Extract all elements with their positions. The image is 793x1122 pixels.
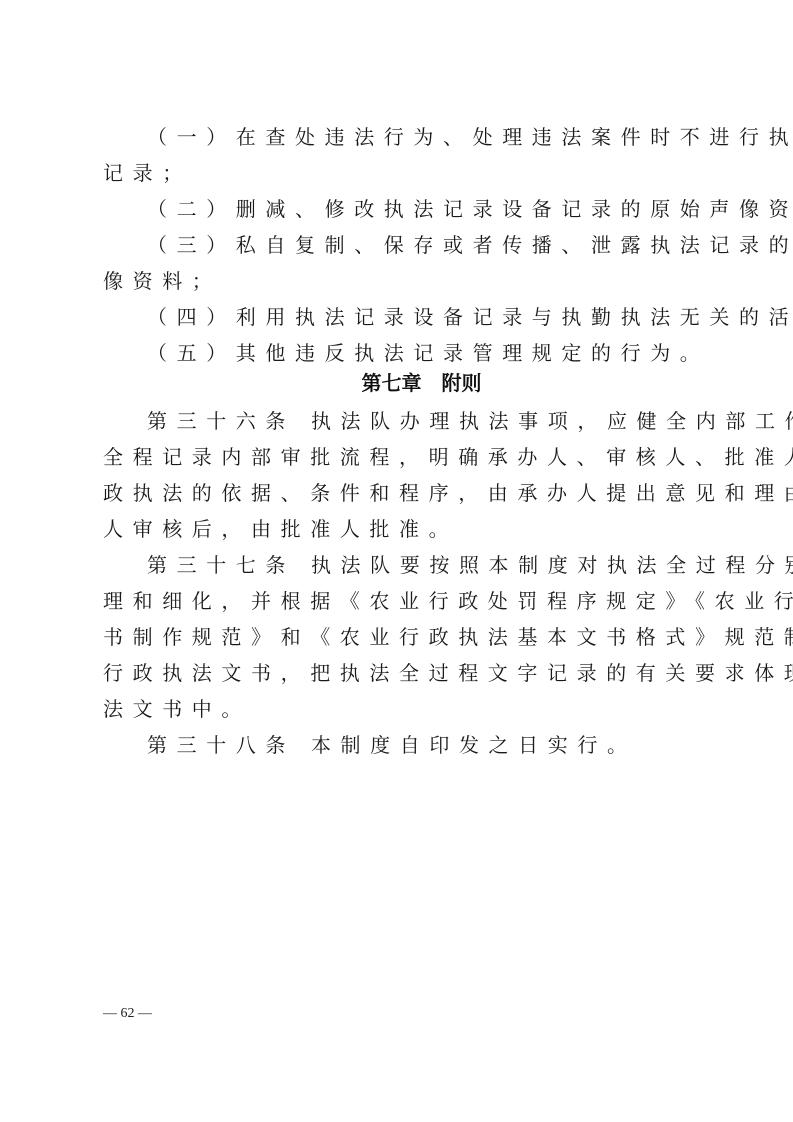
article-36-line-1: 第三十六条 执法队办理执法事项，应健全内部工作程序， xyxy=(147,408,747,434)
article-37-line-2: 理和细化，并根据《农业行政处罚程序规定》《农业行政执法文 xyxy=(103,588,703,614)
chapter-heading: 第七章 附则 xyxy=(0,370,793,396)
article-36-line-4: 人审核后，由批准人批准。 xyxy=(103,516,703,542)
clause-4: （四）利用执法记录设备记录与执勤执法无关的活动； xyxy=(147,304,747,330)
article-36-line-2: 全程记录内部审批流程，明确承办人、审核人、批准人，按照行 xyxy=(103,444,703,470)
article-37-line-5: 法文书中。 xyxy=(103,696,703,722)
article-36-line-3: 政执法的依据、条件和程序，由承办人提出意见和理由，经审核 xyxy=(103,480,703,506)
document-page: （一）在查处违法行为、处理违法案件时不进行执法全过程 记录； （二）删减、修改执… xyxy=(0,0,793,1122)
clause-3-line-2: 像资料； xyxy=(103,268,703,294)
article-37-line-3: 书制作规范》和《农业行政执法基本文书格式》规范制作和使用 xyxy=(103,624,703,650)
page-number: — 62 — xyxy=(103,1006,152,1022)
clause-3-line-1: （三）私自复制、保存或者传播、泄露执法记录的案卷和声 xyxy=(147,232,747,258)
clause-1-line-2: 记录； xyxy=(103,160,703,186)
clause-2: （二）删减、修改执法记录设备记录的原始声像资料； xyxy=(147,196,747,222)
clause-1-line-1: （一）在查处违法行为、处理违法案件时不进行执法全过程 xyxy=(147,124,747,150)
article-38: 第三十八条 本制度自印发之日实行。 xyxy=(147,732,747,758)
clause-5: （五）其他违反执法记录管理规定的行为。 xyxy=(147,340,747,366)
article-37-line-1: 第三十七条 执法队要按照本制度对执法全过程分别进行梳 xyxy=(147,552,747,578)
article-37-line-4: 行政执法文书，把执法全过程文字记录的有关要求体现到每份执 xyxy=(103,660,703,686)
